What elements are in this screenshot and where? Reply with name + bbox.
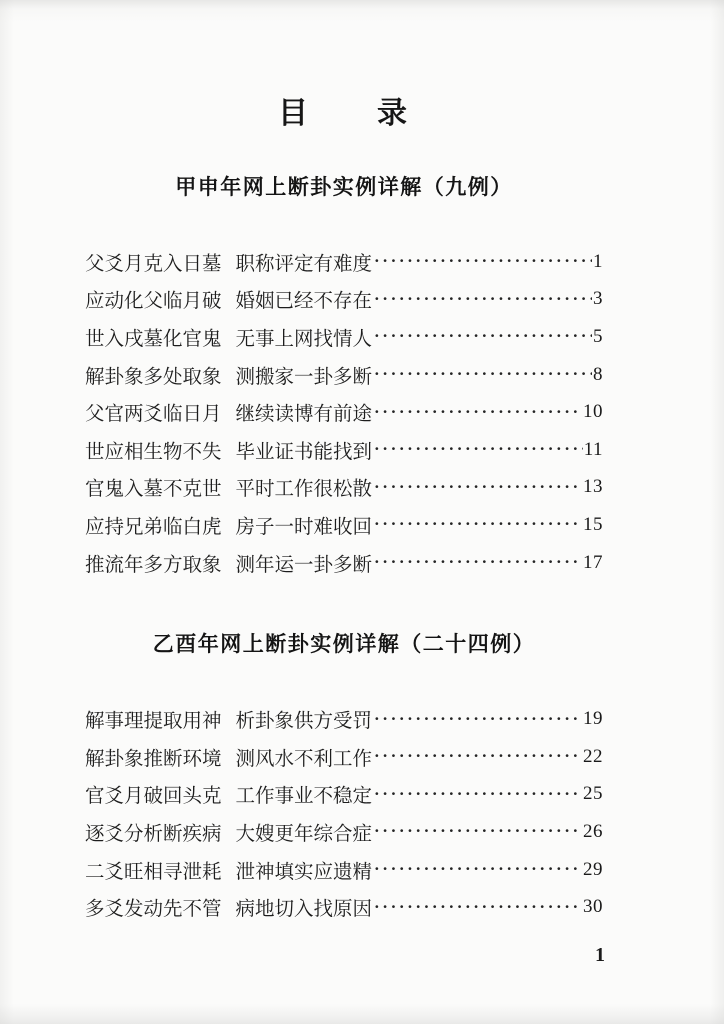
entry-subject: 解卦象多处取象 — [85, 361, 222, 389]
dot-leader-icon — [374, 252, 592, 269]
dot-leader-icon — [374, 515, 582, 532]
dot-leader-icon — [374, 327, 592, 344]
dot-leader-icon — [374, 898, 582, 915]
dot-leader-icon — [374, 747, 582, 764]
entry-subject: 逐爻分析断疾病 — [85, 818, 222, 846]
toc-entry: 官鬼入墓不克世 平时工作很松散 13 — [85, 469, 603, 507]
entry-description: 继续读博有前途 — [236, 398, 373, 426]
dot-leader-icon — [374, 822, 582, 839]
entry-page-number: 13 — [583, 476, 603, 498]
dot-leader-icon — [374, 710, 582, 727]
dot-leader-icon — [374, 553, 582, 570]
toc-entry: 解事理提取用神 析卦象供方受罚 19 — [85, 700, 603, 738]
entry-subject: 多爻发动先不管 — [85, 893, 222, 921]
entry-description: 病地切入找原因 — [236, 893, 373, 921]
toc-entry: 推流年多方取象 测年运一卦多断 17 — [85, 544, 603, 582]
entry-description: 析卦象供方受罚 — [236, 705, 373, 733]
toc-entry: 二爻旺相寻泄耗 泄神填实应遗精 29 — [85, 851, 603, 889]
entry-description: 无事上网找情人 — [236, 323, 373, 351]
page-title: 目 录 — [85, 0, 603, 131]
toc-entry: 应动化父临月破 婚姻已经不存在 3 — [85, 281, 603, 319]
toc-entry: 官爻月破回头克 工作事业不稳定 25 — [85, 776, 603, 814]
entry-page-number: 17 — [583, 552, 603, 574]
entry-subject: 解事理提取用神 — [85, 705, 222, 733]
entry-subject: 父爻月克入日墓 — [85, 248, 222, 276]
entry-description: 测年运一卦多断 — [236, 549, 373, 577]
entry-description: 房子一时难收回 — [236, 511, 373, 539]
entry-list: 父爻月克入日墓 职称评定有难度 1 应动化父临月破 婚姻已经不存在 3 世入戌墓… — [85, 243, 603, 581]
toc-entry: 多爻发动先不管 病地切入找原因 30 — [85, 888, 603, 926]
dot-leader-icon — [374, 290, 592, 307]
dot-leader-icon — [374, 478, 582, 495]
entry-page-number: 11 — [584, 439, 603, 461]
entry-page-number: 30 — [583, 896, 603, 918]
entry-page-number: 29 — [583, 859, 603, 881]
dot-leader-icon — [374, 440, 583, 457]
entry-description: 测搬家一卦多断 — [236, 361, 373, 389]
entry-page-number: 8 — [593, 364, 603, 386]
entry-page-number: 3 — [593, 288, 603, 310]
entry-page-number: 26 — [583, 821, 603, 843]
scanned-book-page: 目 录 甲申年网上断卦实例详解（九例） 父爻月克入日墓 职称评定有难度 1 应动… — [0, 0, 724, 1024]
section-heading: 甲申年网上断卦实例详解（九例） — [85, 174, 603, 201]
entry-page-number: 22 — [583, 746, 603, 768]
entry-subject: 父官两爻临日月 — [85, 398, 222, 426]
toc-entry: 父爻月克入日墓 职称评定有难度 1 — [85, 243, 603, 281]
dot-leader-icon — [374, 403, 582, 420]
entry-page-number: 1 — [593, 251, 603, 273]
entry-page-number: 10 — [583, 401, 603, 423]
entry-description: 泄神填实应遗精 — [236, 856, 373, 884]
entry-description: 毕业证书能找到 — [236, 436, 373, 464]
entry-subject: 世应相生物不失 — [85, 436, 222, 464]
entry-description: 职称评定有难度 — [236, 248, 373, 276]
toc-section: 乙酉年网上断卦实例详解（二十四例） 解事理提取用神 析卦象供方受罚 19 解卦象… — [85, 631, 603, 926]
entry-description: 平时工作很松散 — [236, 473, 373, 501]
toc-sections: 甲申年网上断卦实例详解（九例） 父爻月克入日墓 职称评定有难度 1 应动化父临月… — [85, 174, 603, 926]
entry-page-number: 25 — [583, 783, 603, 805]
entry-page-number: 19 — [583, 708, 603, 730]
entry-description: 婚姻已经不存在 — [236, 285, 373, 313]
toc-entry: 世应相生物不失 毕业证书能找到 11 — [85, 431, 603, 469]
entry-description: 工作事业不稳定 — [236, 780, 373, 808]
entry-page-number: 5 — [593, 326, 603, 348]
toc-content: 目 录 甲申年网上断卦实例详解（九例） 父爻月克入日墓 职称评定有难度 1 应动… — [85, 0, 603, 926]
entry-subject: 世入戌墓化官鬼 — [85, 323, 222, 351]
toc-entry: 解卦象多处取象 测搬家一卦多断 8 — [85, 356, 603, 394]
entry-subject: 应动化父临月破 — [85, 285, 222, 313]
entry-subject: 二爻旺相寻泄耗 — [85, 856, 222, 884]
dot-leader-icon — [374, 365, 592, 382]
toc-entry: 应持兄弟临白虎 房子一时难收回 15 — [85, 506, 603, 544]
toc-section: 甲申年网上断卦实例详解（九例） 父爻月克入日墓 职称评定有难度 1 应动化父临月… — [85, 174, 603, 581]
toc-entry: 父官两爻临日月 继续读博有前途 10 — [85, 393, 603, 431]
entry-subject: 应持兄弟临白虎 — [85, 511, 222, 539]
dot-leader-icon — [374, 785, 582, 802]
dot-leader-icon — [374, 860, 582, 877]
toc-entry: 解卦象推断环境 测风水不利工作 22 — [85, 738, 603, 776]
entry-list: 解事理提取用神 析卦象供方受罚 19 解卦象推断环境 测风水不利工作 22 官爻… — [85, 700, 603, 926]
entry-page-number: 15 — [583, 514, 603, 536]
entry-description: 大嫂更年综合症 — [236, 818, 373, 846]
section-heading: 乙酉年网上断卦实例详解（二十四例） — [85, 631, 603, 658]
entry-subject: 官鬼入墓不克世 — [85, 473, 222, 501]
entry-subject: 解卦象推断环境 — [85, 743, 222, 771]
toc-entry: 世入戌墓化官鬼 无事上网找情人 5 — [85, 318, 603, 356]
entry-description: 测风水不利工作 — [236, 743, 373, 771]
toc-entry: 逐爻分析断疾病 大嫂更年综合症 26 — [85, 813, 603, 851]
entry-subject: 官爻月破回头克 — [85, 780, 222, 808]
folio-page-number: 1 — [595, 944, 605, 967]
entry-subject: 推流年多方取象 — [85, 549, 222, 577]
